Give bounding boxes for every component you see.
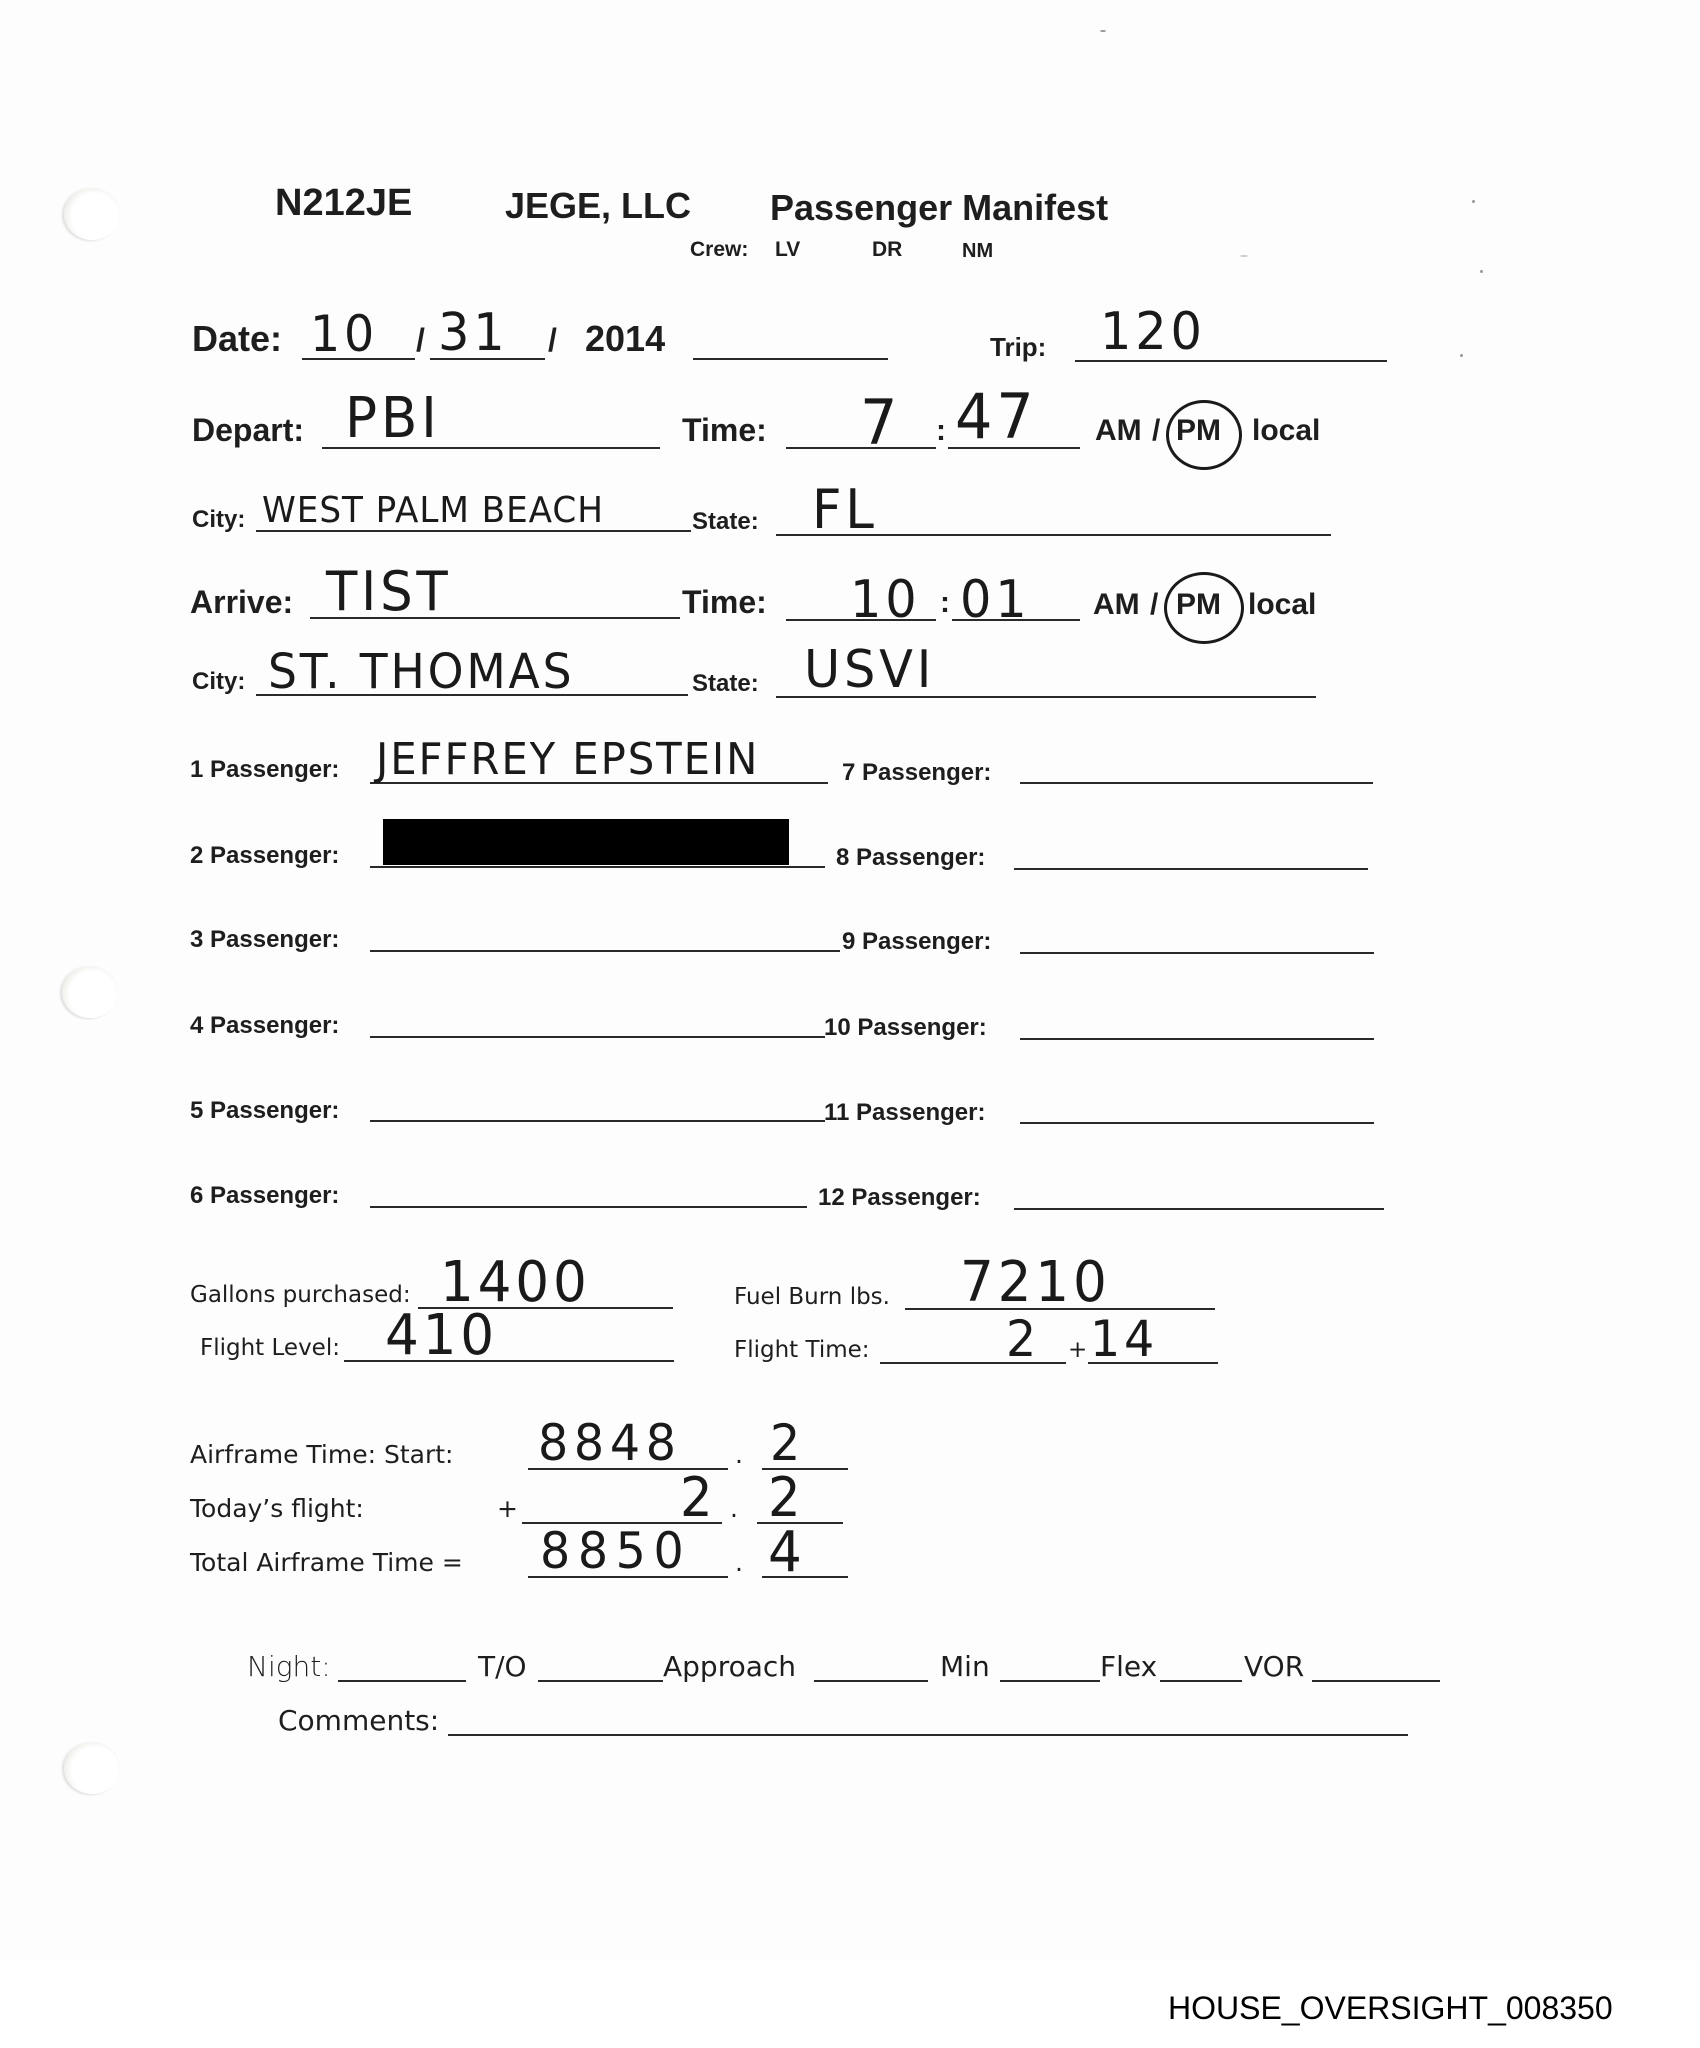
arrive-am-option[interactable]: AM xyxy=(1093,588,1140,622)
passenger-12-label: 12 Passenger: xyxy=(818,1184,981,1212)
manifest-page: N212JE JEGE, LLC Passenger Manifest Crew… xyxy=(0,0,1700,1960)
crew-member-3: NM xyxy=(962,240,993,263)
min-label: Min xyxy=(940,1650,990,1683)
total-airframe-label: Total Airframe Time = xyxy=(190,1548,463,1577)
depart-am-option[interactable]: AM xyxy=(1095,414,1142,448)
hole-punch-bottom xyxy=(64,1742,120,1794)
vor-line xyxy=(1312,1680,1440,1682)
passenger-8-label: 8 Passenger: xyxy=(836,844,985,872)
arrive-local-label: local xyxy=(1248,588,1316,622)
passenger-3-line xyxy=(370,950,840,952)
hole-punch-top xyxy=(64,188,120,240)
passenger-10-label: 10 Passenger: xyxy=(824,1014,987,1042)
min-line xyxy=(1000,1680,1100,1682)
date-month-value[interactable]: 10 xyxy=(310,305,378,363)
depart-minute-value[interactable]: 47 xyxy=(955,380,1038,453)
todays-flight-dot: . xyxy=(730,1494,738,1523)
passenger-9-label: 9 Passenger: xyxy=(842,928,991,956)
depart-pm-selected-circle xyxy=(1166,400,1242,470)
passenger-2-redaction xyxy=(383,819,789,865)
depart-city-label: City: xyxy=(192,506,245,534)
approach-label: Approach xyxy=(663,1650,796,1683)
approach-line xyxy=(814,1680,928,1682)
arrive-airport-value[interactable]: TIST xyxy=(326,560,452,623)
todays-flight-whole-value[interactable]: 2 xyxy=(680,1466,716,1529)
arrive-pm-selected-circle xyxy=(1164,572,1244,644)
scan-speck xyxy=(1100,30,1106,32)
scan-speck xyxy=(1472,200,1475,203)
total-airframe-dot: . xyxy=(735,1548,743,1577)
takeoff-line xyxy=(538,1680,663,1682)
depart-time-colon: : xyxy=(936,414,946,448)
passenger-11-label: 11 Passenger: xyxy=(824,1099,985,1127)
passenger-1-value[interactable]: JEFFREY EPSTEIN xyxy=(376,734,759,785)
arrive-city-value[interactable]: ST. THOMAS xyxy=(268,644,574,700)
passenger-2-line xyxy=(370,866,825,868)
depart-hour-value[interactable]: 7 xyxy=(860,386,901,459)
night-line xyxy=(338,1680,466,1682)
depart-airport-value[interactable]: PBI xyxy=(345,386,441,451)
hole-punch-middle xyxy=(62,966,118,1018)
depart-city-value[interactable]: WEST PALM BEACH xyxy=(262,490,604,531)
trip-label: Trip: xyxy=(990,332,1046,363)
flight-level-label: Flight Level: xyxy=(200,1335,340,1361)
comments-line xyxy=(448,1734,1408,1736)
trip-value[interactable]: 120 xyxy=(1100,302,1206,362)
depart-period-slash: / xyxy=(1152,414,1160,448)
flight-time-plus: + xyxy=(1068,1337,1087,1363)
date-year-line xyxy=(693,358,888,360)
passenger-6-line xyxy=(370,1206,807,1208)
arrive-time-label: Time: xyxy=(682,584,767,621)
scan-speck xyxy=(1240,255,1248,257)
crew-label: Crew: xyxy=(690,238,748,262)
scan-speck xyxy=(1460,354,1463,357)
vor-label: VOR xyxy=(1244,1650,1304,1683)
takeoff-label: T/O xyxy=(478,1650,527,1683)
arrive-time-colon: : xyxy=(940,586,950,620)
passenger-8-line xyxy=(1014,868,1368,870)
arrive-label: Arrive: xyxy=(190,584,293,621)
date-separator-1: / xyxy=(416,322,425,359)
flex-label: Flex xyxy=(1100,1650,1157,1683)
airframe-start-dot: . xyxy=(735,1440,743,1469)
flight-time-hours-value[interactable]: 2 xyxy=(1006,1310,1040,1368)
total-airframe-tenth-value[interactable]: 4 xyxy=(768,1520,806,1585)
depart-local-label: local xyxy=(1252,414,1320,448)
tail-number: N212JE xyxy=(275,182,412,225)
passenger-6-label: 6 Passenger: xyxy=(190,1182,339,1210)
passenger-12-line xyxy=(1014,1208,1384,1210)
todays-flight-label: Today’s flight: xyxy=(190,1494,364,1523)
page-title: Passenger Manifest xyxy=(770,187,1108,229)
scan-speck xyxy=(1480,270,1483,273)
passenger-1-label: 1 Passenger: xyxy=(190,756,339,784)
depart-state-label: State: xyxy=(692,508,759,536)
depart-label: Depart: xyxy=(192,412,304,449)
depart-time-label: Time: xyxy=(682,412,767,449)
airframe-start-label: Airframe Time: Start: xyxy=(190,1440,453,1469)
airframe-start-tenth-value[interactable]: 2 xyxy=(770,1414,804,1472)
arrive-state-value[interactable]: USVI xyxy=(804,640,935,700)
date-separator-2: / xyxy=(548,322,557,359)
crew-member-2: DR xyxy=(872,238,902,262)
arrive-state-label: State: xyxy=(692,670,759,698)
passenger-5-label: 5 Passenger: xyxy=(190,1097,339,1125)
arrive-minute-value[interactable]: 01 xyxy=(960,570,1030,630)
todays-flight-plus: + xyxy=(497,1494,518,1523)
passenger-5-line xyxy=(370,1120,825,1122)
night-label: Night: xyxy=(247,1650,331,1683)
passenger-4-line xyxy=(370,1036,825,1038)
passenger-11-line xyxy=(1020,1122,1374,1124)
passenger-7-line xyxy=(1020,782,1373,784)
arrive-period-slash: / xyxy=(1150,588,1158,622)
flight-time-minutes-value[interactable]: 14 xyxy=(1090,1310,1158,1368)
arrive-hour-value[interactable]: 10 xyxy=(850,570,920,630)
flight-time-label: Flight Time: xyxy=(734,1337,870,1363)
date-year: 2014 xyxy=(585,318,665,360)
passenger-4-label: 4 Passenger: xyxy=(190,1012,339,1040)
fuel-burn-value[interactable]: 7210 xyxy=(960,1250,1111,1315)
flight-level-value[interactable]: 410 xyxy=(385,1303,498,1368)
passenger-10-line xyxy=(1020,1038,1374,1040)
passenger-7-label: 7 Passenger: xyxy=(842,759,991,787)
passenger-2-label: 2 Passenger: xyxy=(190,842,339,870)
arrive-city-label: City: xyxy=(192,668,245,696)
company-name: JEGE, LLC xyxy=(505,185,691,227)
total-airframe-whole-value[interactable]: 8850 xyxy=(540,1522,691,1580)
gallons-purchased-label: Gallons purchased: xyxy=(190,1282,411,1308)
depart-state-value[interactable]: FL xyxy=(812,478,878,541)
date-label: Date: xyxy=(192,318,282,360)
comments-label: Comments: xyxy=(278,1704,439,1737)
flex-line xyxy=(1160,1680,1242,1682)
airframe-start-whole-value[interactable]: 8848 xyxy=(538,1414,682,1472)
date-day-value[interactable]: 31 xyxy=(438,303,508,363)
crew-member-1: LV xyxy=(775,238,800,262)
passenger-3-label: 3 Passenger: xyxy=(190,926,339,954)
bates-number: HOUSE_OVERSIGHT_008350 xyxy=(1168,1990,1613,2027)
passenger-9-line xyxy=(1020,952,1374,954)
fuel-burn-label: Fuel Burn lbs. xyxy=(734,1284,890,1310)
